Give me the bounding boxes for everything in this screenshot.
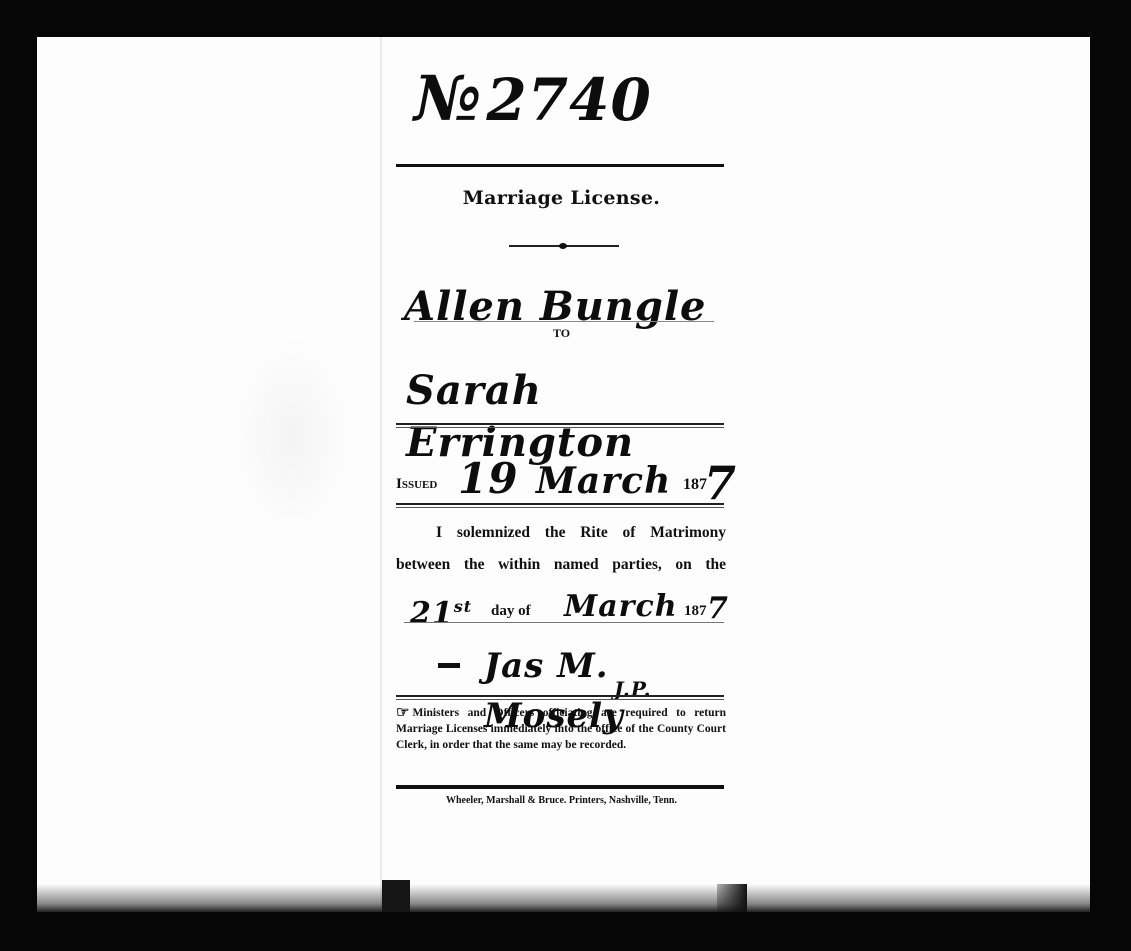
solemnization-line-1: I solemnized the Rite of Matrimony bbox=[396, 517, 726, 549]
return-notice: ☞Ministers and Officers officiating are … bbox=[396, 705, 726, 753]
issued-row: Issued 19 March 187 7 bbox=[396, 451, 736, 511]
notice-text: Ministers and Officers officiating are r… bbox=[396, 707, 726, 751]
solemnization-day: 21st bbox=[410, 585, 472, 636]
footer-rule bbox=[396, 785, 724, 789]
officiant-signature: Jas M. Mosely J.P. bbox=[414, 641, 734, 701]
ornament-divider bbox=[509, 245, 619, 247]
solemnization-year-prefix: 187 bbox=[684, 603, 707, 620]
bleed-through-mark bbox=[232, 337, 352, 537]
solemnization-year-digit: 7 bbox=[707, 589, 729, 629]
printer-credit: Wheeler, Marshall & Bruce. Printers, Nas… bbox=[394, 795, 729, 806]
to-connector: TO bbox=[394, 326, 729, 341]
scan-artifact bbox=[382, 880, 410, 912]
scanned-image: №2740 Marriage License. Allen Bungle TO … bbox=[0, 0, 1131, 951]
solemnization-line-2: between the within named parties, on the bbox=[396, 549, 726, 581]
groom-underline bbox=[414, 321, 714, 322]
signature-underline bbox=[396, 695, 724, 700]
solemnization-day-suffix: st bbox=[454, 597, 472, 616]
solemnization-day-number: 21 bbox=[410, 596, 454, 631]
issued-month: March bbox=[536, 455, 671, 507]
day-of-label: day of bbox=[491, 603, 531, 620]
paper-sheet: №2740 Marriage License. Allen Bungle TO … bbox=[37, 37, 1090, 912]
license-number: №2740 bbox=[414, 59, 714, 139]
marriage-license-form: №2740 Marriage License. Allen Bungle TO … bbox=[394, 37, 729, 912]
license-number-prefix: № bbox=[414, 62, 482, 135]
form-title: Marriage License. bbox=[394, 187, 729, 209]
signature-dash bbox=[438, 663, 460, 668]
scan-artifact bbox=[717, 884, 747, 912]
pointing-hand-icon: ☞ bbox=[396, 705, 409, 721]
divider-rule bbox=[396, 164, 724, 167]
issued-day: 19 bbox=[458, 451, 518, 507]
fold-line bbox=[380, 37, 382, 912]
issued-label: Issued bbox=[396, 476, 437, 493]
license-number-value: 2740 bbox=[486, 66, 651, 134]
date-underline bbox=[404, 622, 724, 623]
bride-underline bbox=[396, 423, 724, 428]
issued-underline bbox=[396, 503, 724, 508]
solemnization-date-row: 21st day of March 187 7 bbox=[396, 585, 736, 635]
page-edge-shadow bbox=[37, 884, 1090, 912]
groom-name: Allen Bungle bbox=[404, 282, 734, 332]
